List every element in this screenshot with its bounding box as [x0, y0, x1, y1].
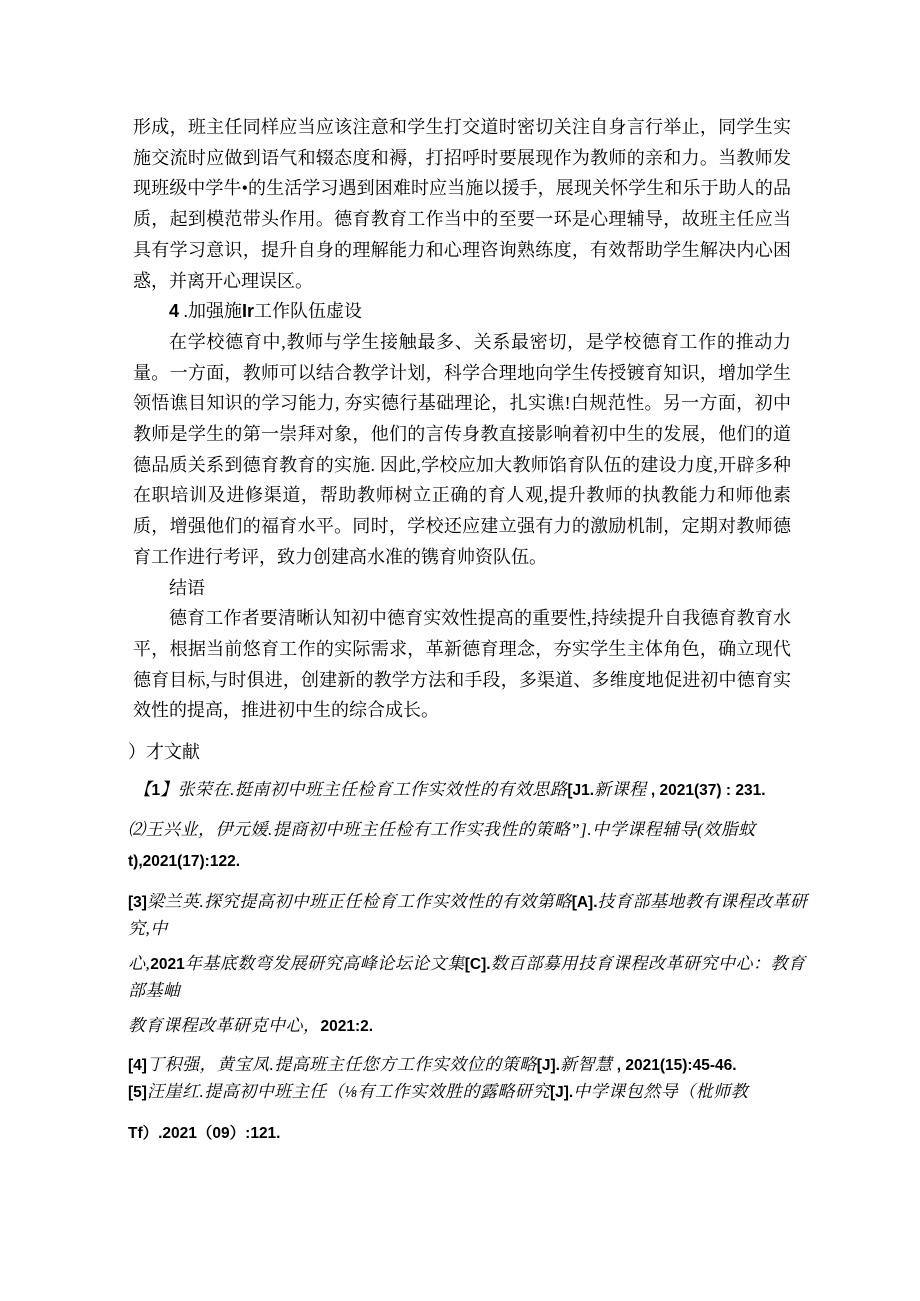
reference-bold-segment: [J1. [567, 782, 594, 799]
reference-bold-segment: [4] [128, 1057, 147, 1074]
reference-text-segment: 新课程 [594, 780, 647, 799]
reference-text-segment: 【 [134, 780, 152, 799]
reference-text-segment: 】张荣在.挺南初中班主任检育工作实效性的有效思路 [160, 780, 567, 799]
reference-bold-segment: [J]. [550, 1084, 573, 1101]
reference-text-segment: 汪崖红.提高初中班主任（⅛有工作实效胜的露略研究 [147, 1082, 550, 1101]
reference-item-5-continuation: Tf）.2021（09）:121. [128, 1120, 820, 1147]
reference-item-4: [4]丁积强，黄宝凤.提高班主任您方工作实效位的策略[J].新智慧 , 2021… [128, 1052, 820, 1079]
references-section: ）才文献 【1】张荣在.挺南初中班主任检育工作实效性的有效思路[J1.新课程 ,… [128, 737, 820, 1147]
reference-text-segment: 心, [128, 954, 150, 973]
document-page: 形成，班主任同样应当应该注意和学生打交道时密切关注自身言行举止，同学生实施交流时… [0, 0, 920, 1301]
reference-item-3-continuation-2: 教育课程改革研克中心，2021:2. [128, 1013, 820, 1040]
reference-bold-segment: 2021:2. [321, 1018, 374, 1035]
section-heading-latin: Ir [242, 301, 254, 321]
reference-item-2-continuation: t),2021(17):122. [128, 848, 820, 875]
reference-bold-segment: [5] [128, 1084, 147, 1101]
reference-bold-segment: [C]. [465, 956, 491, 973]
reference-bold-segment: Tf）.2021（09）:121. [128, 1125, 281, 1142]
reference-text-segment: 新智慧 [560, 1055, 613, 1074]
reference-item-3: [3]梁兰英.探究提高初中班正任检育工作实效性的有效第略[A].技育部基地教有课… [128, 889, 820, 942]
reference-bold-segment: , 2021(15):45-46. [612, 1057, 736, 1074]
section-number: 4 [169, 301, 179, 321]
references-heading: ）才文献 [128, 737, 820, 767]
reference-text-segment: 丁积强，黄宝凤.提高班主任您方工作实效位的策略 [147, 1055, 537, 1074]
reference-item-1: 【1】张荣在.挺南初中班主任检育工作实效性的有效思路[J1.新课程 , 2021… [128, 777, 820, 804]
reference-item-5: [5]汪崖红.提高初中班主任（⅛有工作实效胜的露略研究[J].中学课包然导（枇师… [128, 1079, 820, 1106]
reference-bold-segment: , 2021(37) : 231. [647, 782, 766, 799]
reference-item-2: ⑵王兴业，伊元媛.提商初中班主任检有工作实我性的策略”].中学课程辅导(效脂蚊 [128, 817, 820, 843]
reference-text-segment: 年基底数弯发展研究高峰论坛论文集 [185, 954, 465, 973]
document-body: 形成，班主任同样应当应该注意和学生打交道时密切关注自身言行举止，同学生实施交流时… [133, 112, 791, 726]
reference-text-segment: ⑵王兴业，伊元媛.提商初中班主任检有工作实我性的策略”].中学课程辅导(效脂蚊 [128, 820, 756, 839]
conclusion-heading: 结语 [133, 573, 791, 604]
reference-bold-segment: t),2021(17):122. [128, 853, 240, 870]
reference-item-3-continuation: 心,2021年基底数弯发展研究高峰论坛论文集[C].数百部募用技育课程改革研究中… [128, 951, 820, 1004]
section-heading-text-right: 工作队伍虚设 [254, 301, 362, 321]
reference-bold-segment: 1 [152, 782, 161, 799]
section-heading-text-left: .加强施 [179, 301, 242, 321]
reference-bold-segment: [3] [128, 894, 147, 911]
section-heading-4: 4 .加强施Ir工作队伍虚设 [133, 296, 791, 327]
paragraph-teachers: 在学校德育中,教师与学生接触最多、关系最密切，是学校德育工作的推动力量。一方面，… [133, 327, 791, 573]
paragraph-conclusion: 德育工作者要清晰认知初中德育实效性提高的重要性,持续提升自我德育教育水平，根据当… [133, 603, 791, 726]
reference-bold-segment: 2021 [150, 956, 184, 973]
paragraph-continuation: 形成，班主任同样应当应该注意和学生打交道时密切关注自身言行举止，同学生实施交流时… [133, 112, 791, 296]
reference-text-segment: 中学课包然导（枇师教 [573, 1082, 748, 1101]
reference-bold-segment: [A]. [572, 894, 598, 911]
reference-text-segment: 梁兰英.探究提高初中班正任检育工作实效性的有效第略 [147, 892, 572, 911]
reference-bold-segment: [J]. [537, 1057, 560, 1074]
reference-text-segment: 教育课程改革研克中心， [128, 1016, 321, 1035]
